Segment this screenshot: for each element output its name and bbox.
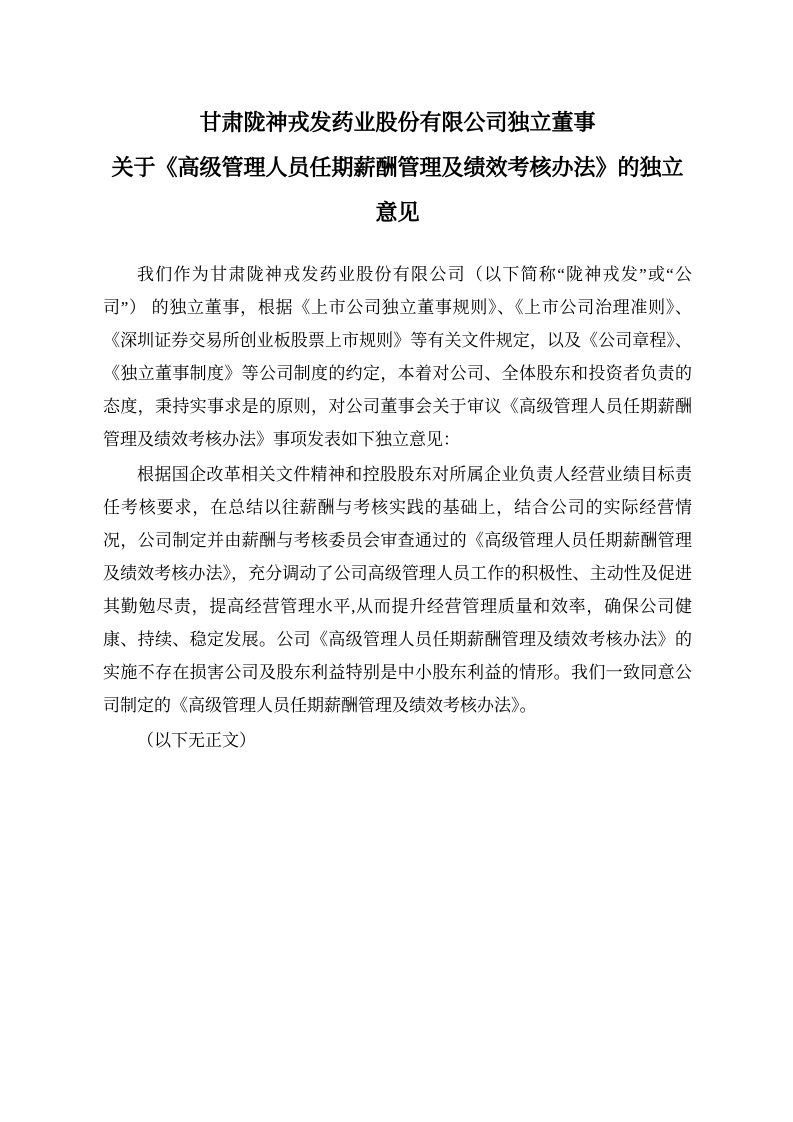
document-title: 甘肃陇神戎发药业股份有限公司独立董事 关于《高级管理人员任期薪酬管理及绩效考核办…: [103, 100, 692, 235]
document-body: 我们作为甘肃陇神戎发药业股份有限公司（以下简称“陇神戎发”或“公司”） 的独立董…: [103, 258, 692, 757]
document-title-line-2: 关于《高级管理人员任期薪酬管理及绩效考核办法》的独立意见: [103, 145, 692, 235]
document-page: 甘肃陇神戎发药业股份有限公司独立董事 关于《高级管理人员任期薪酬管理及绩效考核办…: [0, 0, 793, 1122]
paragraph-closing: （以下无正文）: [103, 724, 692, 757]
paragraph-intro: 我们作为甘肃陇神戎发药业股份有限公司（以下简称“陇神戎发”或“公司”） 的独立董…: [103, 258, 692, 456]
document-title-line-1: 甘肃陇神戎发药业股份有限公司独立董事: [103, 100, 692, 145]
paragraph-opinion: 根据国企改革相关文件精神和控股股东对所属企业负责人经营业绩目标责任考核要求，在总…: [103, 458, 692, 722]
